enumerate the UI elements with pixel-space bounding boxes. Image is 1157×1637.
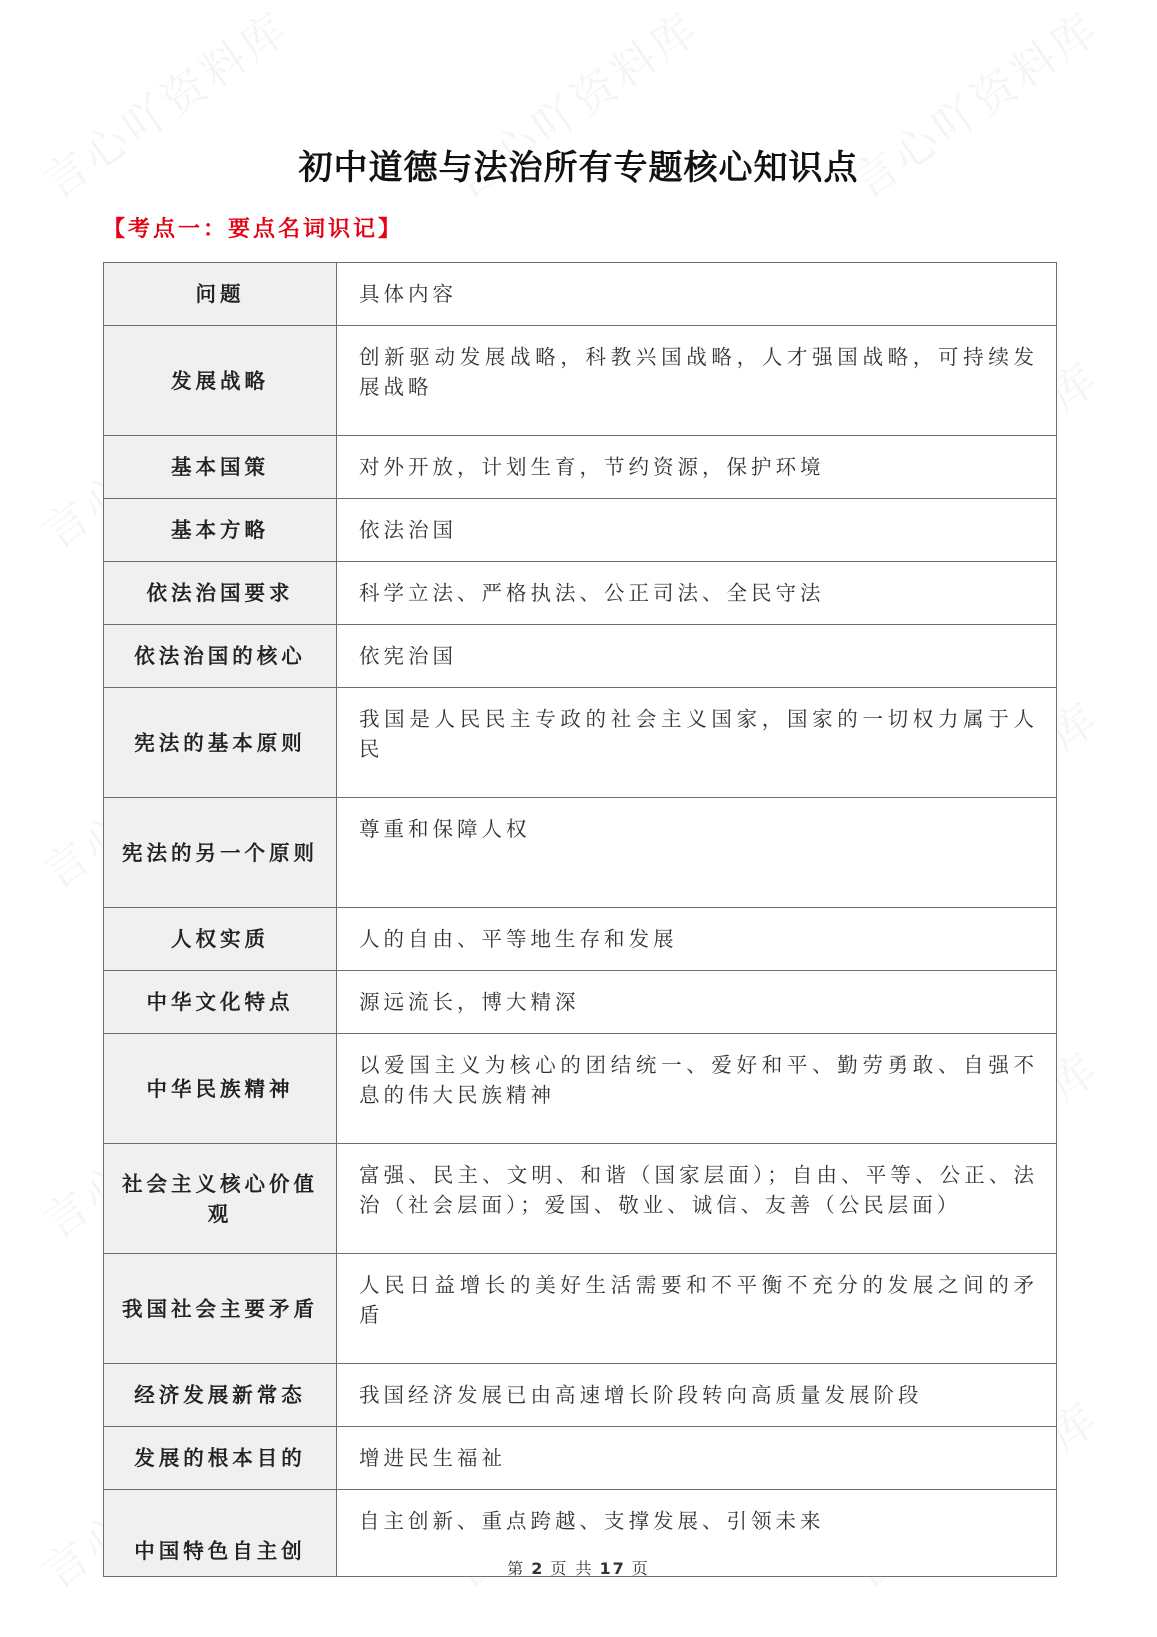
row-question: 基本方略 — [104, 499, 337, 562]
row-content: 科学立法、严格执法、公正司法、全民守法 — [337, 562, 1057, 625]
current-page-number: 2 — [531, 1559, 544, 1578]
row-question: 中华民族精神 — [104, 1034, 337, 1144]
table-row: 中华民族精神 以爱国主义为核心的团结统一、爱好和平、勤劳勇敢、自强不息的伟大民族… — [104, 1034, 1057, 1144]
row-content: 我国经济发展已由高速增长阶段转向高质量发展阶段 — [337, 1364, 1057, 1427]
table-row: 宪法的基本原则 我国是人民民主专政的社会主义国家，国家的一切权力属于人民 — [104, 688, 1057, 798]
row-content: 增进民生福祉 — [337, 1427, 1057, 1490]
table-row: 社会主义核心价值观 富强、民主、文明、和谐（国家层面）；自由、平等、公正、法治（… — [104, 1144, 1057, 1254]
row-content: 尊重和保障人权 — [337, 798, 1057, 908]
page-footer: 第2页 共17页 — [0, 1556, 1157, 1579]
table-row: 经济发展新常态 我国经济发展已由高速增长阶段转向高质量发展阶段 — [104, 1364, 1057, 1427]
row-content: 以爱国主义为核心的团结统一、爱好和平、勤劳勇敢、自强不息的伟大民族精神 — [337, 1034, 1057, 1144]
row-question: 依法治国要求 — [104, 562, 337, 625]
table-row: 基本国策 对外开放，计划生育，节约资源，保护环境 — [104, 436, 1057, 499]
footer-suffix: 页 — [632, 1559, 650, 1578]
row-question: 我国社会主要矛盾 — [104, 1254, 337, 1364]
table-row: 基本方略 依法治国 — [104, 499, 1057, 562]
row-question: 社会主义核心价值观 — [104, 1144, 337, 1254]
table-row: 宪法的另一个原则 尊重和保障人权 — [104, 798, 1057, 908]
row-question: 依法治国的核心 — [104, 625, 337, 688]
table-row: 依法治国要求 科学立法、严格执法、公正司法、全民守法 — [104, 562, 1057, 625]
table-row: 发展战略 创新驱动发展战略，科教兴国战略，人才强国战略，可持续发展战略 — [104, 326, 1057, 436]
table-row: 人权实质 人的自由、平等地生存和发展 — [104, 908, 1057, 971]
row-content: 人民日益增长的美好生活需要和不平衡不充分的发展之间的矛盾 — [337, 1254, 1057, 1364]
row-question: 中华文化特点 — [104, 971, 337, 1034]
header-question: 问题 — [104, 263, 337, 326]
footer-prefix: 第 — [507, 1559, 525, 1578]
row-question: 人权实质 — [104, 908, 337, 971]
row-content: 依法治国 — [337, 499, 1057, 562]
row-question: 发展的根本目的 — [104, 1427, 337, 1490]
section-heading: 【考点一：要点名词识记】 — [103, 212, 403, 243]
total-pages-number: 17 — [599, 1559, 625, 1578]
row-question: 基本国策 — [104, 436, 337, 499]
row-question: 发展战略 — [104, 326, 337, 436]
footer-middle: 页 共 — [550, 1559, 593, 1578]
row-content: 依宪治国 — [337, 625, 1057, 688]
row-content: 对外开放，计划生育，节约资源，保护环境 — [337, 436, 1057, 499]
header-content: 具体内容 — [337, 263, 1057, 326]
row-question: 宪法的另一个原则 — [104, 798, 337, 908]
knowledge-points-table: 问题 具体内容 发展战略 创新驱动发展战略，科教兴国战略，人才强国战略，可持续发… — [103, 262, 1057, 1577]
row-question: 经济发展新常态 — [104, 1364, 337, 1427]
table-header-row: 问题 具体内容 — [104, 263, 1057, 326]
document-title: 初中道德与法治所有专题核心知识点 — [0, 140, 1157, 189]
row-content: 我国是人民民主专政的社会主义国家，国家的一切权力属于人民 — [337, 688, 1057, 798]
table-row: 中华文化特点 源远流长，博大精深 — [104, 971, 1057, 1034]
table-row: 依法治国的核心 依宪治国 — [104, 625, 1057, 688]
row-content: 富强、民主、文明、和谐（国家层面）；自由、平等、公正、法治（社会层面）；爱国、敬… — [337, 1144, 1057, 1254]
row-content: 创新驱动发展战略，科教兴国战略，人才强国战略，可持续发展战略 — [337, 326, 1057, 436]
row-content: 人的自由、平等地生存和发展 — [337, 908, 1057, 971]
table-row: 我国社会主要矛盾 人民日益增长的美好生活需要和不平衡不充分的发展之间的矛盾 — [104, 1254, 1057, 1364]
table-row: 发展的根本目的 增进民生福祉 — [104, 1427, 1057, 1490]
row-content: 源远流长，博大精深 — [337, 971, 1057, 1034]
row-question: 宪法的基本原则 — [104, 688, 337, 798]
